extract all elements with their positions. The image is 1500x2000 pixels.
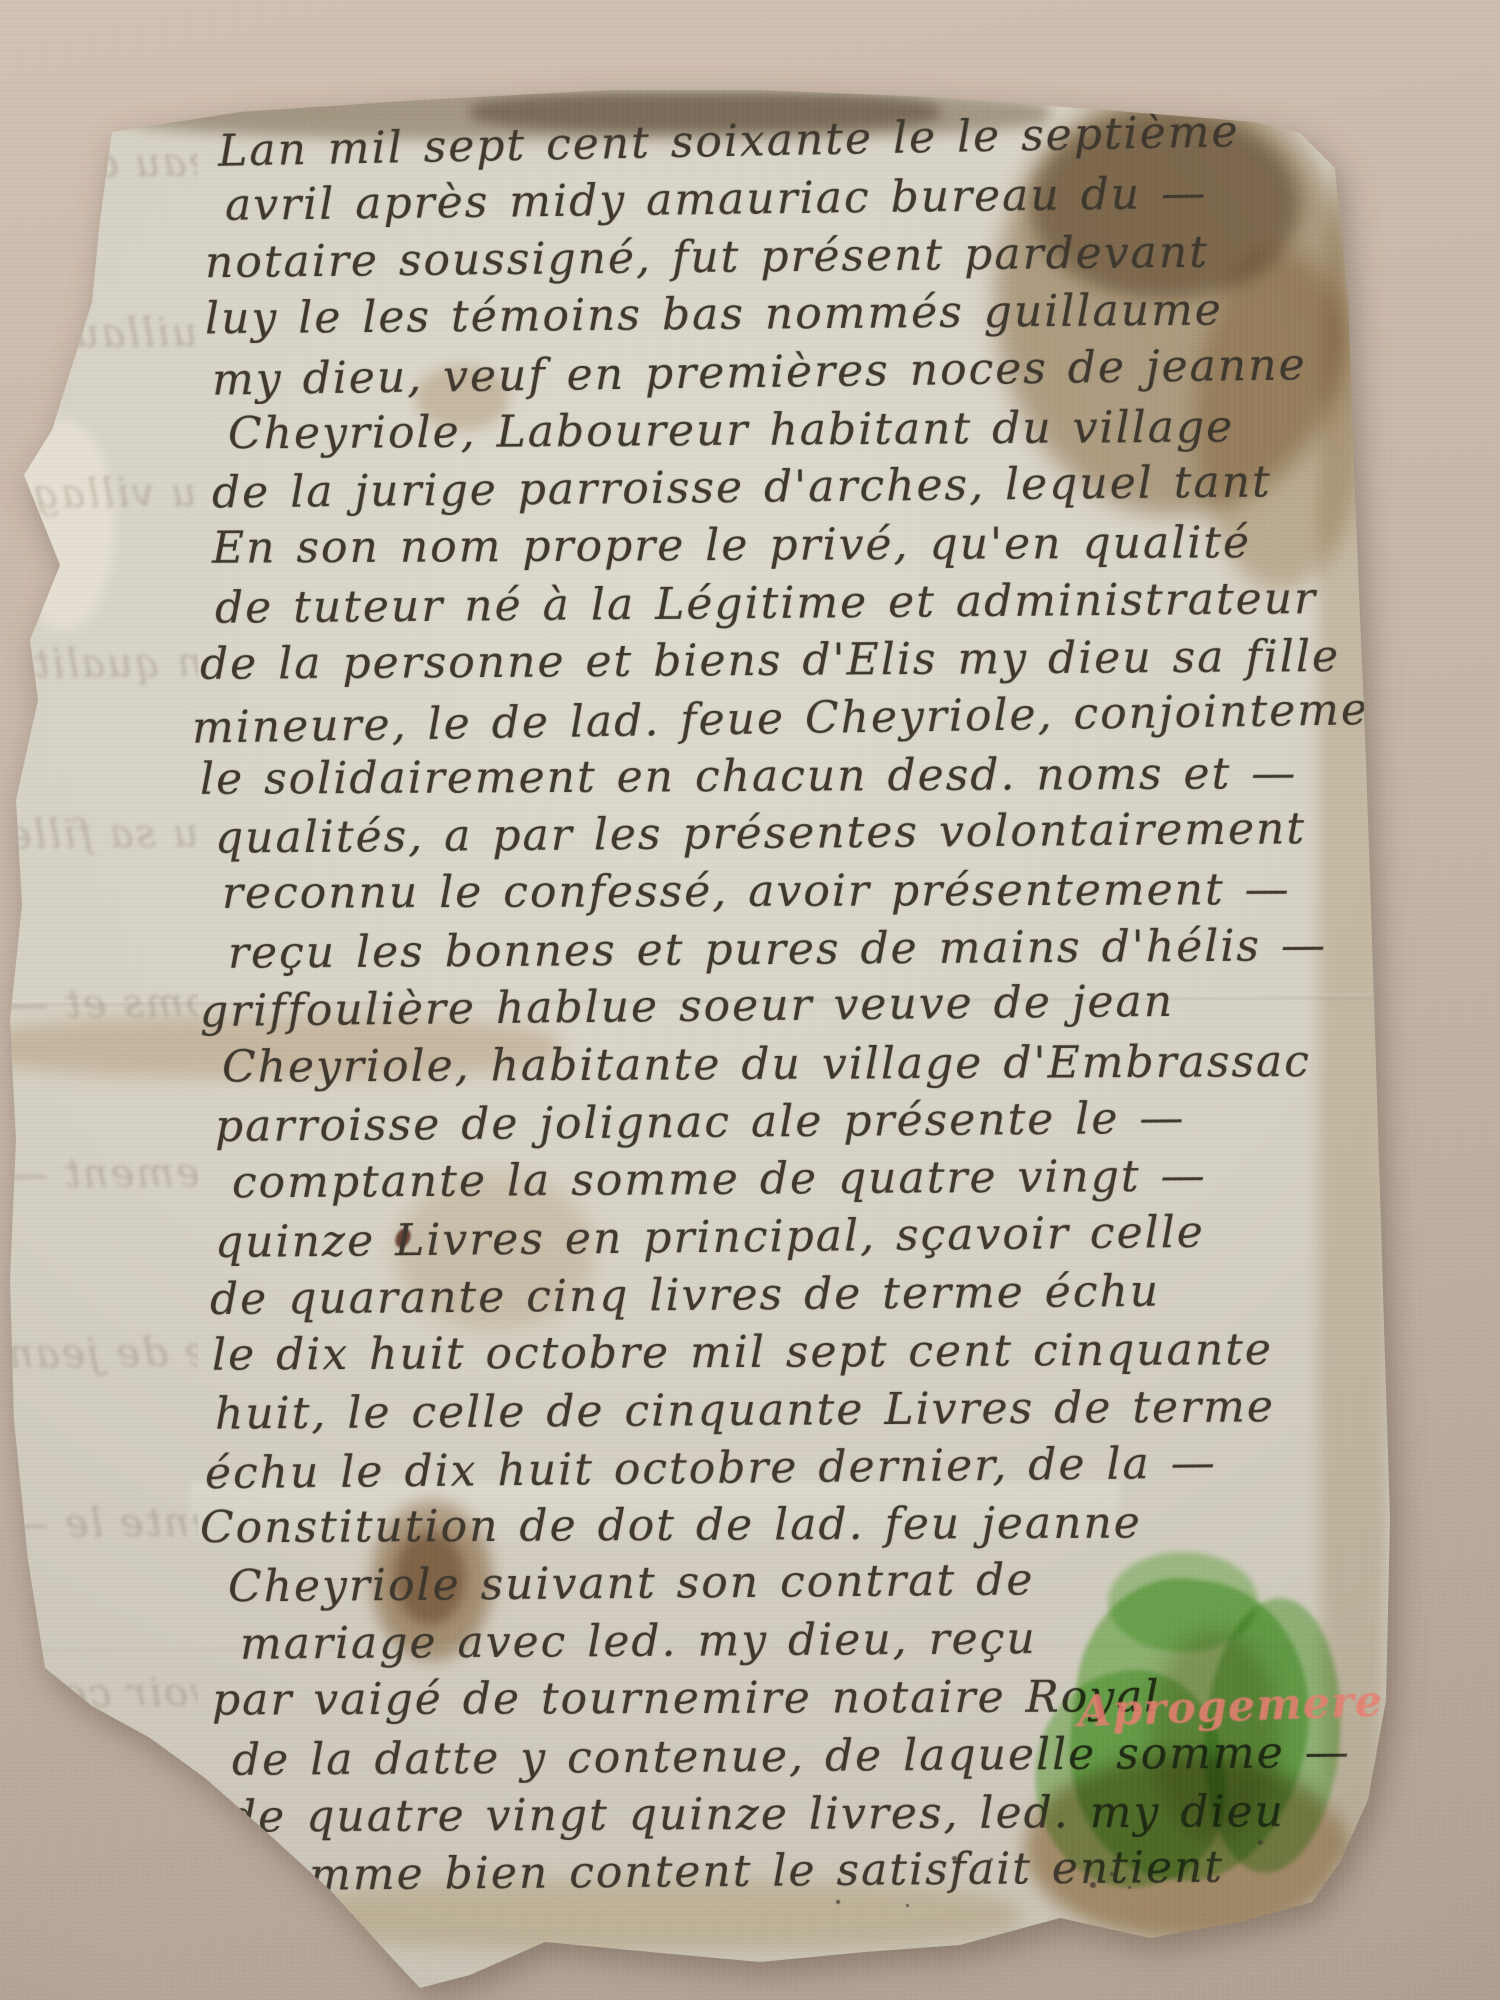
manuscript-line: reçu les bonnes et pures de mains d'héli…: [228, 922, 1327, 978]
manuscript-line: de quatre vingt quinze livres, led. my d…: [228, 1788, 1285, 1842]
ink-speck: [1110, 1872, 1114, 1876]
ghost-line: Cheyriole, Laboureur habitant du village: [6, 470, 198, 534]
manuscript-line: comptante la somme de quatre vingt —: [232, 1153, 1207, 1208]
manuscript-line: Cheyriole, Laboureur habitant du village: [228, 403, 1235, 458]
ink-speck: [952, 1856, 957, 1861]
ghost-line: reconnu le confessé, avoir présentement …: [6, 1150, 198, 1214]
stain-right-edge: [1318, 160, 1388, 1860]
ghost-line: avril après midy amauriac bureau du —: [6, 140, 198, 204]
manuscript-line: griffoulière hablue soeur veuve de jean: [200, 978, 1175, 1037]
ghost-line: luy le les témoins bas nommés guillaume: [6, 310, 198, 374]
ghost-line: parroisse de jolignac ale présente le —: [6, 1500, 198, 1564]
stain-left-flap: [14, 420, 114, 630]
ink-speck: [972, 1868, 976, 1872]
manuscript-line: huit, le celle de cinquante Livres de te…: [215, 1383, 1275, 1439]
ghost-line: le solidairement en chacun desd. noms et…: [6, 980, 198, 1044]
manuscript-page: avril après midy amauriac bureau du —luy…: [0, 0, 1500, 2000]
manuscript-line: de tuteur né à la Légitime et administra…: [215, 575, 1317, 633]
manuscript-line: Constitution de dot de lad. feu jeanne: [200, 1500, 1142, 1553]
manuscript-line: de la jurige parroisse d'arches, lequel …: [212, 458, 1272, 517]
ghost-line: En son nom propre le privé, qu'en qualit…: [6, 640, 198, 704]
manuscript-line: quinze Livres en principal, sçavoir cell…: [215, 1209, 1205, 1268]
watermark-text: Aprogemere: [1077, 1681, 1378, 1734]
manuscript-line: Cheyriole suivant son contrat de: [228, 1556, 1035, 1611]
ghost-line: quinze Livres en principal, sçavoir cell…: [6, 1670, 198, 1734]
ink-speck: [1090, 1882, 1096, 1888]
manuscript-line: Cheyriole, habitante du village d'Embras…: [222, 1038, 1311, 1092]
manuscript-line: le dix huit octobre mil sept cent cinqua…: [212, 1326, 1273, 1380]
manuscript-line: échu le dix huit octobre dernier, de la …: [205, 1440, 1217, 1499]
ink-speck: [1128, 1886, 1131, 1889]
manuscript-line: luy le les témoins bas nommés guillaume: [205, 287, 1223, 344]
manuscript-line: reconnu le confessé, avoir présentement …: [222, 866, 1291, 918]
manuscript-line: Lan mil sept cent soixante le le septièm…: [218, 108, 1240, 176]
manuscript-page-shadow: avril après midy amauriac bureau du —luy…: [0, 0, 1500, 2000]
manuscript-line: qualités, a par les présentes volontaire…: [215, 805, 1306, 863]
ghost-line: de la personne et biens d'Elis my dieu s…: [6, 810, 198, 874]
manuscript-line: par vaigé de tournemire notaire Royal: [212, 1673, 1161, 1725]
ink-speck: [990, 1858, 993, 1861]
manuscript-line: le solidairement en chacun desd. noms et…: [200, 750, 1298, 804]
manuscript-line: parroisse de jolignac ale présente le —: [215, 1095, 1186, 1152]
ink-speck: [836, 1900, 840, 1904]
photo-backdrop: { "photo": { "backdrop_color": "#c6b5a7"…: [0, 0, 1500, 2000]
manuscript-line: de la personne et biens d'Elis my dieu s…: [200, 633, 1340, 689]
ghost-line: griffoulière hablue soeur veuve de jean: [6, 1330, 198, 1394]
manuscript-line: avril après midy amauriac bureau du —: [225, 170, 1208, 230]
manuscript-line: my dieu, veuf en premières noces de jean…: [212, 341, 1307, 405]
manuscript-line: En son nom propre le privé, qu'en qualit…: [212, 519, 1251, 573]
manuscript-line: Comme bien content le satisfait entient: [245, 1844, 1225, 1901]
manuscript-line: mineure, le de lad. feue Cheyriole, conj…: [192, 685, 1420, 753]
manuscript-line: mariage avec led. my dieu, reçu: [240, 1615, 1037, 1669]
manuscript-line: notaire soussigné, fut présent pardevant: [205, 229, 1209, 288]
ink-speck: [906, 1904, 909, 1907]
green-stamp-blob-top: [1108, 1552, 1258, 1652]
manuscript-line: de quarante cinq livres de terme échu: [210, 1268, 1161, 1325]
manuscript-line: de la datte y contenue, de laquelle somm…: [232, 1729, 1351, 1785]
ink-speck: [1258, 1840, 1263, 1845]
